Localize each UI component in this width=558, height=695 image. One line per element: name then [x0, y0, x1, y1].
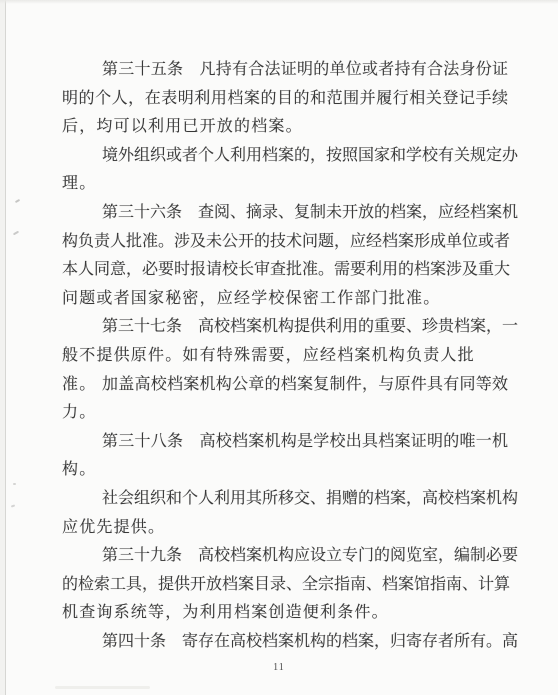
text-line: 社会组织和个人利用其所移交、捐赠的档案，高校档案机构 — [62, 485, 508, 514]
text-line: 第三十七条 高校档案机构提供利用的重要、珍贵档案，一 — [62, 313, 508, 342]
text-line: 明的个人，在表明利用档案的目的和范围并履行相关登记手续 — [62, 85, 508, 114]
paragraph: 第三十七条 高校档案机构提供利用的重要、珍贵档案，一般不提供原件。如有特殊需要，… — [62, 313, 508, 370]
scan-speckle — [13, 231, 19, 236]
paragraph: 境外组织或者个人利用档案的，按照国家和学校有关规定办理。 — [62, 142, 508, 199]
text-line: 第三十九条 高校档案机构应设立专门的阅览室，编制必要 — [62, 542, 508, 571]
text-line: 般不提供原件。如有特殊需要，应经档案机构负责人批准。 — [62, 342, 508, 371]
text-line: 加盖高校档案机构公章的档案复制件，与原件具有同等效 — [62, 371, 508, 400]
paragraph: 第三十六条 查阅、摘录、复制未开放的档案，应经档案机构负责人批准。涉及未公开的技… — [62, 199, 508, 313]
scan-smudge — [55, 686, 150, 689]
text-line: 机查询系统等，为利用档案创造便利条件。 — [62, 599, 508, 628]
paragraph: 第三十九条 高校档案机构应设立专门的阅览室，编制必要的检索工具，提供开放档案目录… — [62, 542, 508, 628]
text-line: 第三十六条 查阅、摘录、复制未开放的档案，应经档案机 — [62, 199, 508, 228]
text-line: 第三十八条 高校档案机构是学校出具档案证明的唯一机 — [62, 428, 508, 457]
paragraph: 第三十五条 凡持有合法证明的单位或者持有合法身份证明的个人，在表明利用档案的目的… — [62, 56, 508, 142]
text-line: 后，均可以利用已开放的档案。 — [62, 113, 508, 142]
scan-speckle — [11, 504, 15, 507]
text-line: 的检索工具，提供开放档案目录、全宗指南、档案馆指南、计算 — [62, 571, 508, 600]
text-line: 力。 — [62, 399, 508, 428]
text-line: 构负责人批准。涉及未公开的技术问题，应经档案形成单位或者 — [62, 228, 508, 257]
text-line: 问题或者国家秘密，应经学校保密工作部门批准。 — [62, 285, 508, 314]
text-line: 应优先提供。 — [62, 514, 508, 543]
text-line: 境外组织或者个人利用档案的，按照国家和学校有关规定办 — [62, 142, 508, 171]
scan-top-edge-shading — [0, 0, 558, 4]
text-line: 第四十条 寄存在高校档案机构的档案，归寄存者所有。高 — [62, 628, 508, 657]
paragraph: 社会组织和个人利用其所移交、捐赠的档案，高校档案机构应优先提供。 — [62, 485, 508, 542]
paragraph: 第三十八条 高校档案机构是学校出具档案证明的唯一机构。 — [62, 428, 508, 485]
page-number: 11 — [0, 662, 558, 673]
text-line: 本人同意，必要时报请校长审查批准。需要利用的档案涉及重大 — [62, 256, 508, 285]
scan-speckle — [15, 199, 20, 203]
text-line: 理。 — [62, 170, 508, 199]
paragraph: 加盖高校档案机构公章的档案复制件，与原件具有同等效力。 — [62, 371, 508, 428]
scan-speckle — [13, 483, 16, 485]
text-line: 构。 — [62, 456, 508, 485]
scan-left-edge-line — [5, 0, 6, 695]
scanned-document-page: { "document": { "page_number": "11", "pa… — [0, 0, 558, 695]
text-line: 第三十五条 凡持有合法证明的单位或者持有合法身份证 — [62, 56, 508, 85]
document-text-body: 第三十五条 凡持有合法证明的单位或者持有合法身份证明的个人，在表明利用档案的目的… — [62, 56, 508, 656]
paragraph: 第四十条 寄存在高校档案机构的档案，归寄存者所有。高 — [62, 628, 508, 657]
